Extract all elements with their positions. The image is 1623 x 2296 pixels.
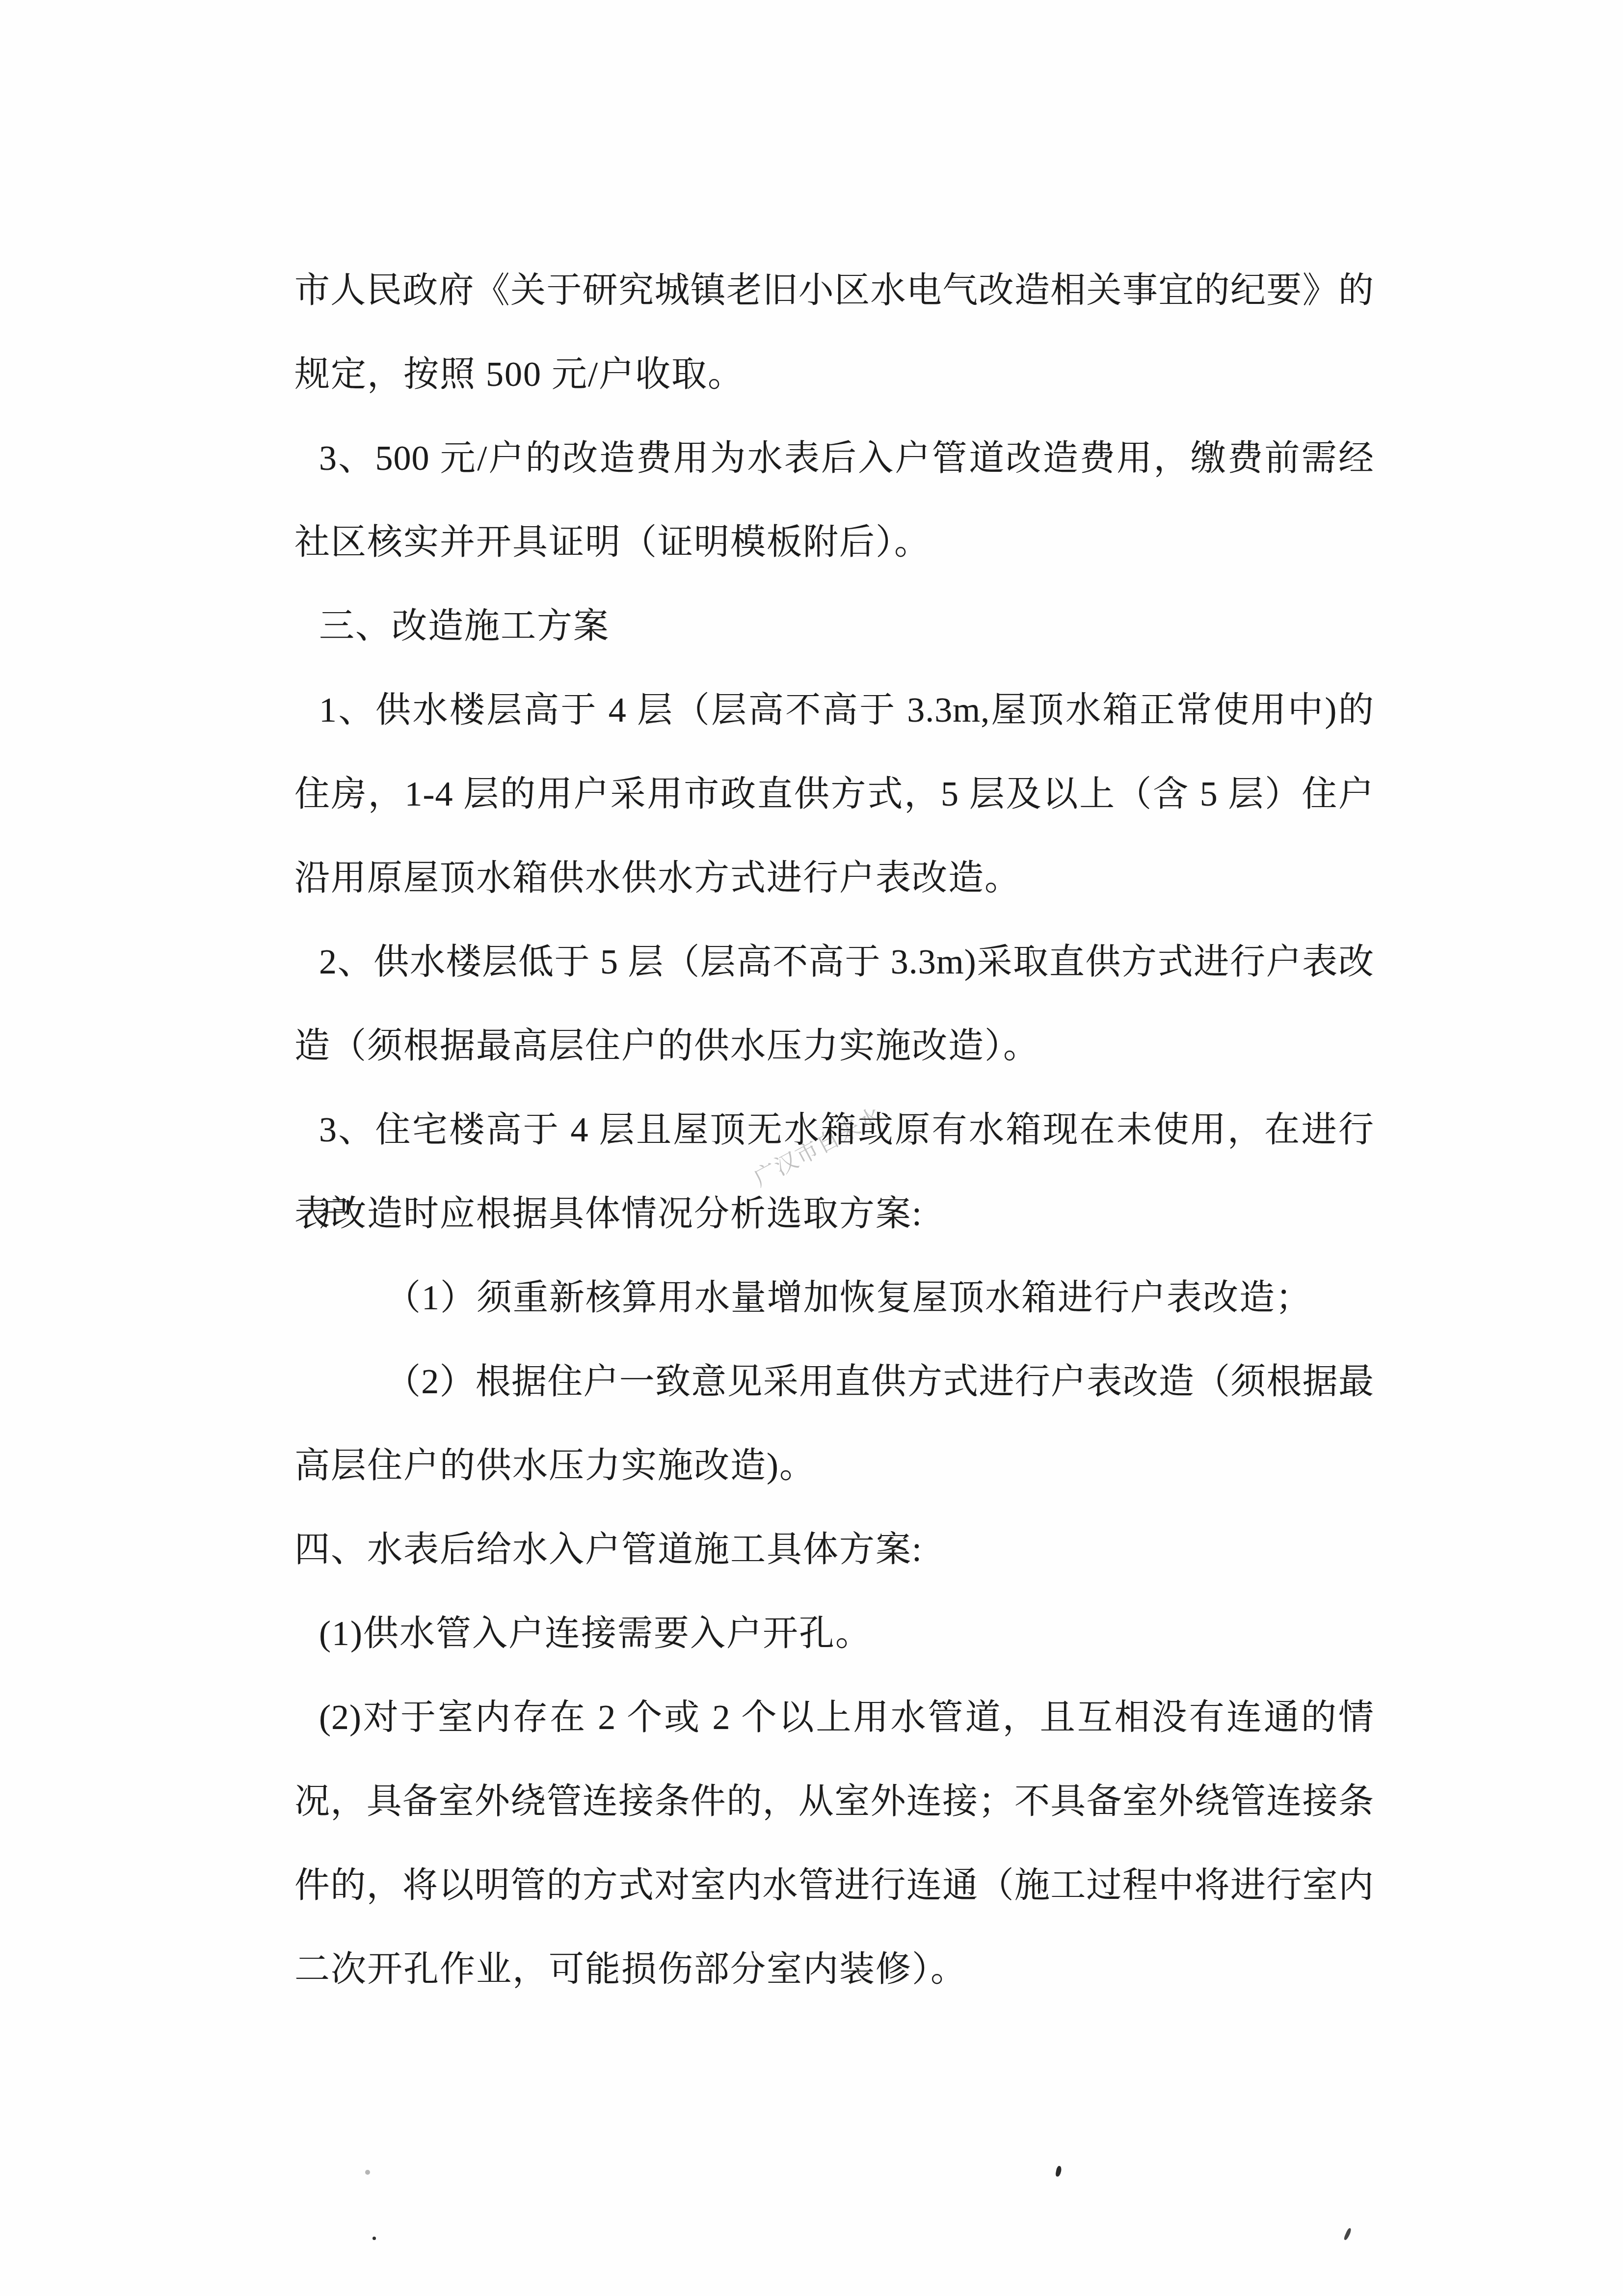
document-line: 市人民政府《关于研究城镇老旧小区水电气改造相关事宜的纪要》的: [294, 248, 1374, 332]
document-line: (2)对于室内存在 2 个或 2 个以上用水管道，且互相没有连通的情: [294, 1675, 1374, 1759]
scan-artifact-dot: [372, 2237, 376, 2240]
document-line: 况，具备室外绕管连接条件的，从室外连接；不具备室外绕管连接条: [294, 1759, 1374, 1843]
document-line: 二次开孔作业，可能损伤部分室内装修）。: [294, 1927, 1374, 2011]
document-line: 沿用原屋顶水箱供水供水方式进行户表改造。: [294, 836, 1374, 920]
document-line: 1、供水楼层高于 4 层（层高不高于 3.3m,屋顶水箱正常使用中)的: [294, 668, 1374, 752]
scan-artifact-tick: [1343, 2227, 1352, 2241]
document-line: 表改造时应根据具体情况分析选取方案:: [294, 1172, 1374, 1256]
scan-artifact-tick: [1055, 2165, 1062, 2177]
document-line: 2、供水楼层低于 5 层（层高不高于 3.3m)采取直供方式进行户表改: [294, 920, 1374, 1004]
document-line: (1)供水管入户连接需要入户开孔。: [294, 1592, 1374, 1675]
document-line: 3、住宅楼高于 4 层且屋顶无水箱或原有水箱现在未使用，在进行户: [294, 1088, 1374, 1172]
document-line: 规定，按照 500 元/户收取。: [294, 332, 1374, 416]
document-line: （1）须重新核算用水量增加恢复屋顶水箱进行户表改造；: [294, 1256, 1374, 1340]
document-line: 高层住户的供水压力实施改造)。: [294, 1424, 1374, 1508]
document-line: （2）根据住户一致意见采用直供方式进行户表改造（须根据最: [294, 1340, 1374, 1424]
document-line: 件的，将以明管的方式对室内水管进行连通（施工过程中将进行室内: [294, 1843, 1374, 1927]
document-line: 三、改造施工方案: [294, 584, 1374, 668]
document-line: 3、500 元/户的改造费用为水表后入户管道改造费用，缴费前需经: [294, 416, 1374, 500]
document-page: 广汉市自来水 市人民政府《关于研究城镇老旧小区水电气改造相关事宜的纪要》的规定，…: [0, 0, 1623, 2296]
text-block: 市人民政府《关于研究城镇老旧小区水电气改造相关事宜的纪要》的规定，按照 500 …: [294, 248, 1374, 2011]
document-line: 四、水表后给水入户管道施工具体方案:: [294, 1508, 1374, 1592]
document-line: 造（须根据最高层住户的供水压力实施改造）。: [294, 1004, 1374, 1088]
document-line: 住房，1-4 层的用户采用市政直供方式，5 层及以上（含 5 层）住户: [294, 752, 1374, 836]
document-line: 社区核实并开具证明（证明模板附后）。: [294, 500, 1374, 584]
scan-artifact-dot: [365, 2170, 370, 2175]
